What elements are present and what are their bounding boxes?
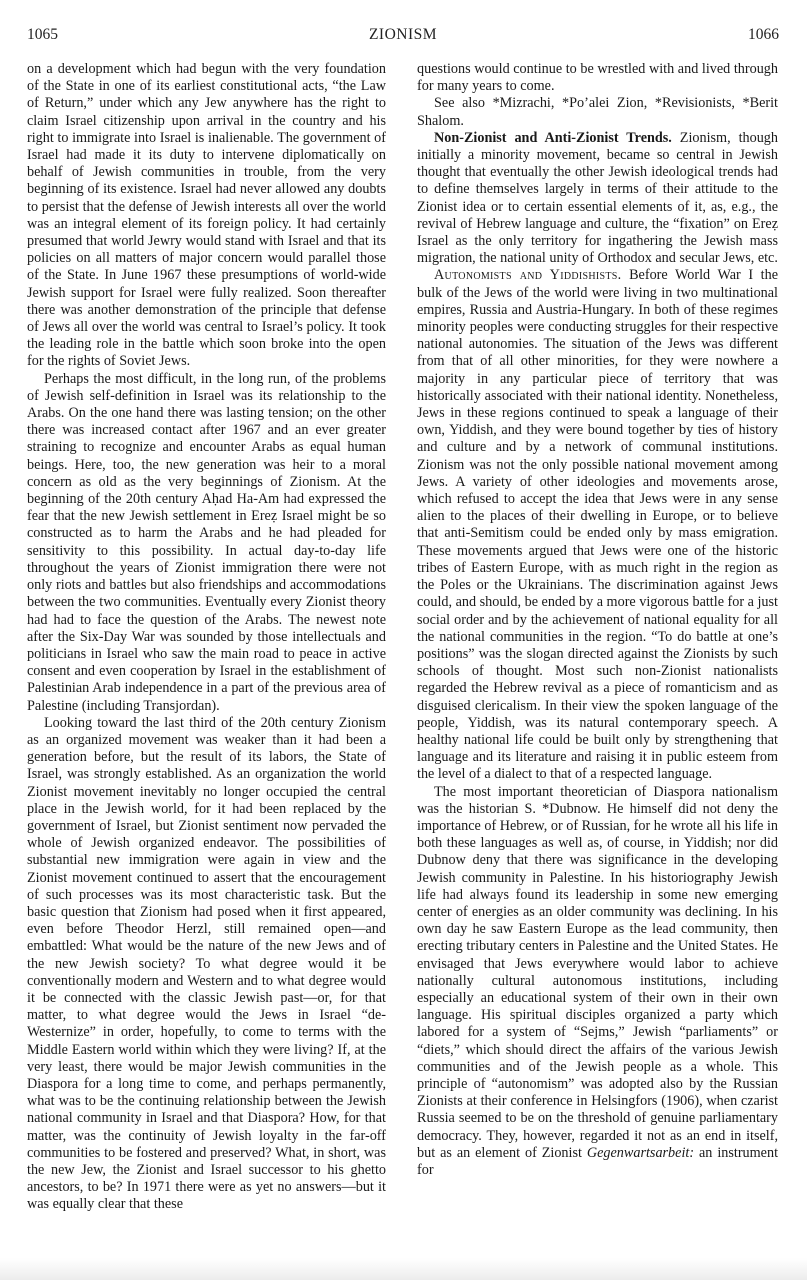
paragraph: questions would continue to be wrestled … — [417, 61, 778, 95]
paragraph: The most important theoretician of Diasp… — [417, 784, 778, 1180]
paragraph: Looking toward the last third of the 20t… — [27, 715, 386, 1214]
paragraph: on a development which had begun with th… — [27, 61, 386, 371]
paragraph-text: Before World War I the bulk of the Jews … — [417, 267, 778, 782]
running-header: 1065 ZIONISM 1066 — [27, 26, 779, 48]
left-column: on a development which had begun with th… — [27, 61, 386, 1214]
paragraph: Autonomists and Yiddishists. Before Worl… — [417, 267, 778, 783]
subsection-heading: Autonomists and Yiddishists. — [434, 267, 621, 283]
paragraph: Non-Zionist and Anti-Zionist Trends. Zio… — [417, 130, 778, 268]
see-also-paragraph: See also *Mizrachi, *Po’alei Zion, *Revi… — [417, 95, 778, 129]
paragraph: Perhaps the most difficult, in the long … — [27, 371, 386, 715]
paragraph-text: Zionism, though initially a minority mov… — [417, 130, 778, 266]
scan-bottom-edge — [0, 1258, 807, 1280]
section-heading: Non-Zionist and Anti-Zionist Trends. — [434, 130, 672, 146]
running-title: ZIONISM — [27, 26, 779, 44]
right-column: questions would continue to be wrestled … — [417, 61, 778, 1179]
page-number-right: 1066 — [748, 26, 779, 44]
paragraph-text: The most important theoretician of Diasp… — [417, 784, 778, 1161]
italic-term: Gegenwartsarbeit: — [587, 1145, 694, 1161]
